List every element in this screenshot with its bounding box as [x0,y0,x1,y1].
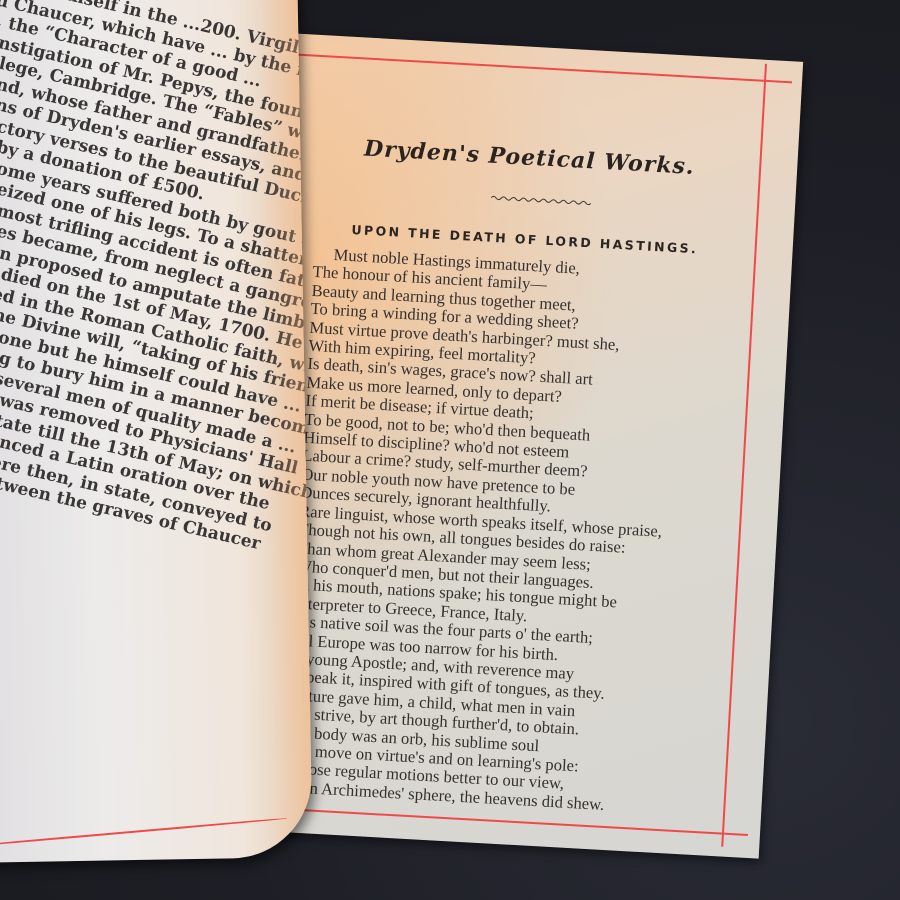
red-rule-left-page-bottom [0,817,287,847]
left-page-curled: ...uthor engaged himself in the ...200. … [0,0,313,863]
wavy-rule-ornament [491,195,591,207]
red-rule-top [273,52,792,83]
poem-text: Must noble Hastings immaturely die, The … [283,245,676,817]
left-page-text: ...uthor engaged himself in the ...200. … [0,0,313,572]
page-heading: Dryden's Poetical Works. [261,130,798,186]
